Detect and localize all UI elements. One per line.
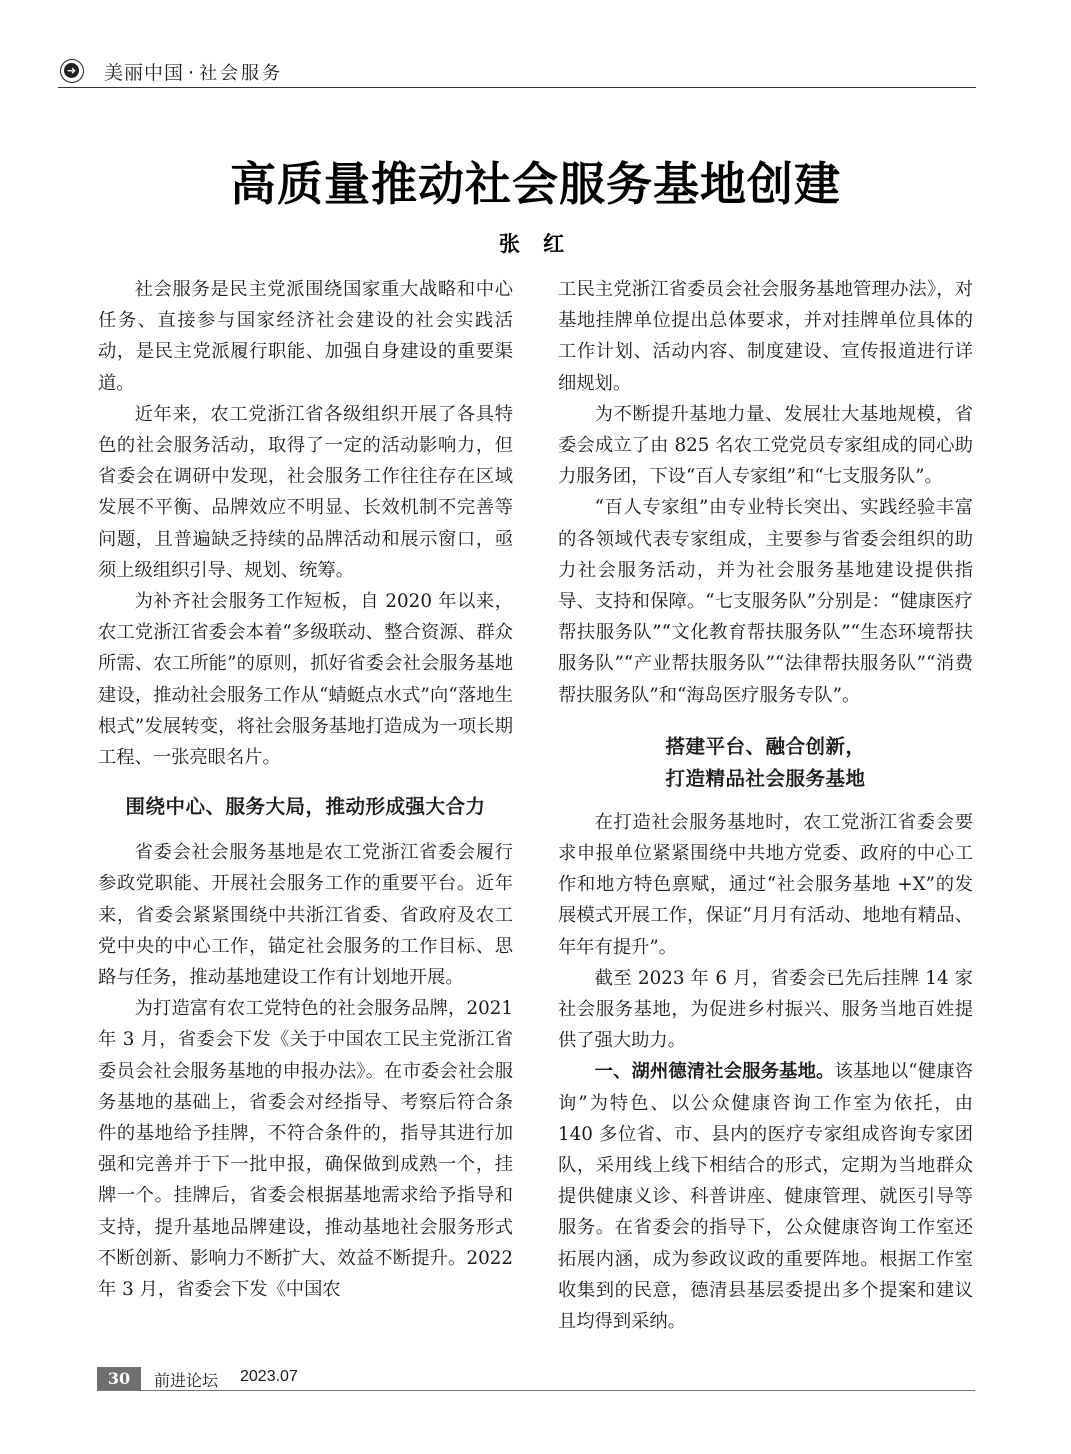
running-footer: 30 前进论坛 2023.07 bbox=[97, 1367, 975, 1391]
paragraph: 为不断提升基地力量、发展壮大基地规模，省委会成立了由 825 名农工党党员专家组… bbox=[558, 399, 973, 493]
paragraph: 为打造富有农工党特色的社会服务品牌，2021 年 3 月，省委会下发《关于中国农… bbox=[98, 993, 513, 1305]
article-title: 高质量推动社会服务基地创建 bbox=[0, 148, 1071, 214]
section-heading: 搭建平台、融合创新， 打造精品社会服务基地 bbox=[558, 731, 973, 795]
paragraph: 社会服务是民主党派围绕国家重大战略和中心任务、直接参与国家经济社会建设的社会实践… bbox=[98, 274, 513, 399]
paragraph: 省委会社会服务基地是农工党浙江省委会履行参政党职能、开展社会服务工作的重要平台。… bbox=[98, 837, 513, 993]
article-author: 张 红 bbox=[0, 228, 1071, 258]
arrow-glyph: ➜ bbox=[64, 63, 79, 78]
section-label: 美丽中国·社会服务 bbox=[104, 58, 283, 85]
running-header: ➜ 美丽中国·社会服务 bbox=[58, 55, 976, 88]
paragraph: “百人专家组”由专业特长突出、实践经验丰富的各领域代表专家组成，主要参与省委会组… bbox=[558, 492, 973, 710]
paragraph: 截至 2023 年 6 月，省委会已先后挂牌 14 家社会服务基地，为促进乡村振… bbox=[558, 963, 973, 1057]
subsection-name: 社会服务 bbox=[199, 63, 283, 84]
left-column: 社会服务是民主党派围绕国家重大战略和中心任务、直接参与国家经济社会建设的社会实践… bbox=[98, 274, 513, 1305]
paragraph: 为补齐社会服务工作短板，自 2020 年以来，农工党浙江省委会本着“多级联动、整… bbox=[98, 586, 513, 773]
paragraph: 一、湖州德清社会服务基地。该基地以“健康咨询”为特色、以公众健康咨询工作室为依托… bbox=[558, 1056, 973, 1337]
paragraph-continuation: 工民主党浙江省委员会社会服务基地管理办法》，对基地挂牌单位提出总体要求，并对挂牌… bbox=[558, 274, 973, 399]
page-number: 30 bbox=[97, 1367, 141, 1390]
arrow-circle-icon: ➜ bbox=[60, 59, 84, 83]
heading-line-2: 打造精品社会服务基地 bbox=[558, 763, 973, 795]
paragraph-lead: 一、湖州德清社会服务基地。 bbox=[595, 1061, 835, 1082]
heading-line-1: 搭建平台、融合创新， bbox=[558, 731, 973, 763]
magazine-name: 前进论坛 bbox=[154, 1368, 218, 1391]
paragraph: 在打造社会服务基地时，农工党浙江省委会要求申报单位紧紧围绕中共地方党委、政府的中… bbox=[558, 807, 973, 963]
paragraph-body: 该基地以“健康咨询”为特色、以公众健康咨询工作室为依托，由 140 多位省、市、… bbox=[558, 1061, 973, 1332]
paragraph: 近年来，农工党浙江省各级组织开展了各具特色的社会服务活动，取得了一定的活动影响力… bbox=[98, 399, 513, 586]
right-column: 工民主党浙江省委员会社会服务基地管理办法》，对基地挂牌单位提出总体要求，并对挂牌… bbox=[558, 274, 973, 1337]
separator-dot: · bbox=[188, 62, 195, 84]
issue-date: 2023.07 bbox=[240, 1368, 298, 1386]
section-heading: 围绕中心、服务大局，推动形成强大合力 bbox=[98, 791, 513, 823]
section-name: 美丽中国 bbox=[104, 62, 184, 84]
